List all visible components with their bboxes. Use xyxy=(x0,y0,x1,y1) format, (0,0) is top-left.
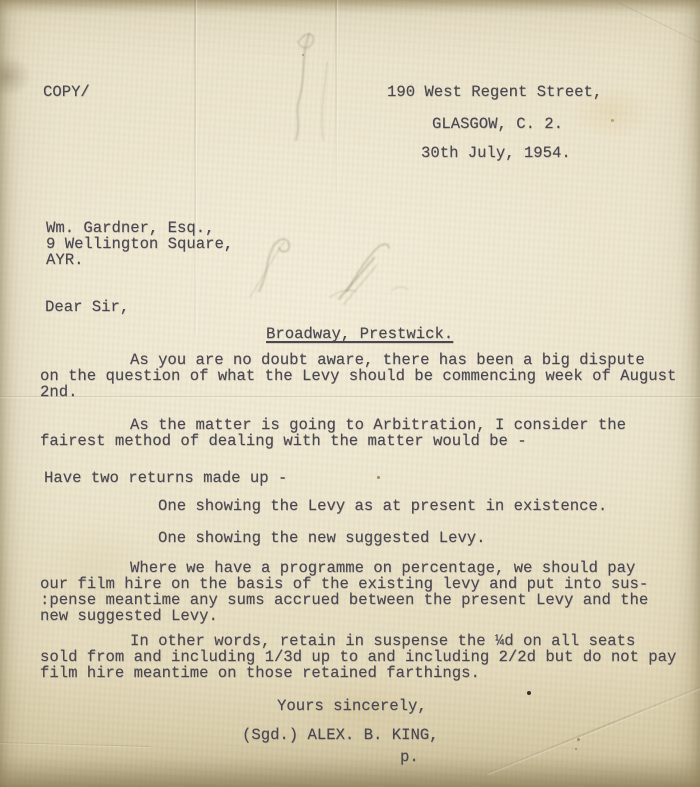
body-line: fairest method of dealing with the matte… xyxy=(40,433,527,449)
body-line: our film hire on the basis of the existi… xyxy=(40,576,648,592)
body-line: 2nd. xyxy=(40,384,77,400)
recipient-line: Wm. Gardner, Esq., xyxy=(46,220,214,236)
salutation: Dear Sir, xyxy=(45,299,129,315)
signature: (Sgd.) ALEX. B. KING, xyxy=(242,727,439,743)
sender-address-line: GLASGOW, C. 2. xyxy=(432,116,563,132)
body-line: sold from and including 1/3d up to and i… xyxy=(40,649,676,665)
letter-date: 30th July, 1954. xyxy=(421,145,571,161)
body-line: In other words, retain in suspense the ¼… xyxy=(130,633,635,649)
body-line: new suggested Levy. xyxy=(40,608,218,624)
recipient-line: AYR. xyxy=(46,252,83,268)
recipient-line: 9 Wellington Square, xyxy=(46,236,233,252)
subject-line: Broadway, Prestwick. xyxy=(266,326,453,342)
body-line: As the matter is going to Arbitration, I… xyxy=(130,417,626,433)
body-line: One showing the new suggested Levy. xyxy=(158,530,486,546)
body-line: film hire meantime on those retained far… xyxy=(40,665,480,681)
sender-address-line: 190 West Regent Street, xyxy=(387,84,602,100)
body-line: on the question of what the Levy should … xyxy=(40,368,676,384)
body-line: One showing the Levy as at present in ex… xyxy=(158,498,607,514)
body-line: As you are no doubt aware, there has bee… xyxy=(130,352,645,368)
scanned-letter-page: { "letter": { "copy_mark": "COPY/", "hea… xyxy=(0,0,700,787)
signature-per: p. xyxy=(400,749,419,765)
copy-mark: COPY/ xyxy=(43,84,90,100)
body-line: :pense meantime any sums accrued between… xyxy=(40,592,648,608)
body-line: Have two returns made up - xyxy=(44,470,287,486)
closing: Yours sincerely, xyxy=(277,698,427,714)
body-line: Where we have a programme on percentage,… xyxy=(130,560,635,576)
